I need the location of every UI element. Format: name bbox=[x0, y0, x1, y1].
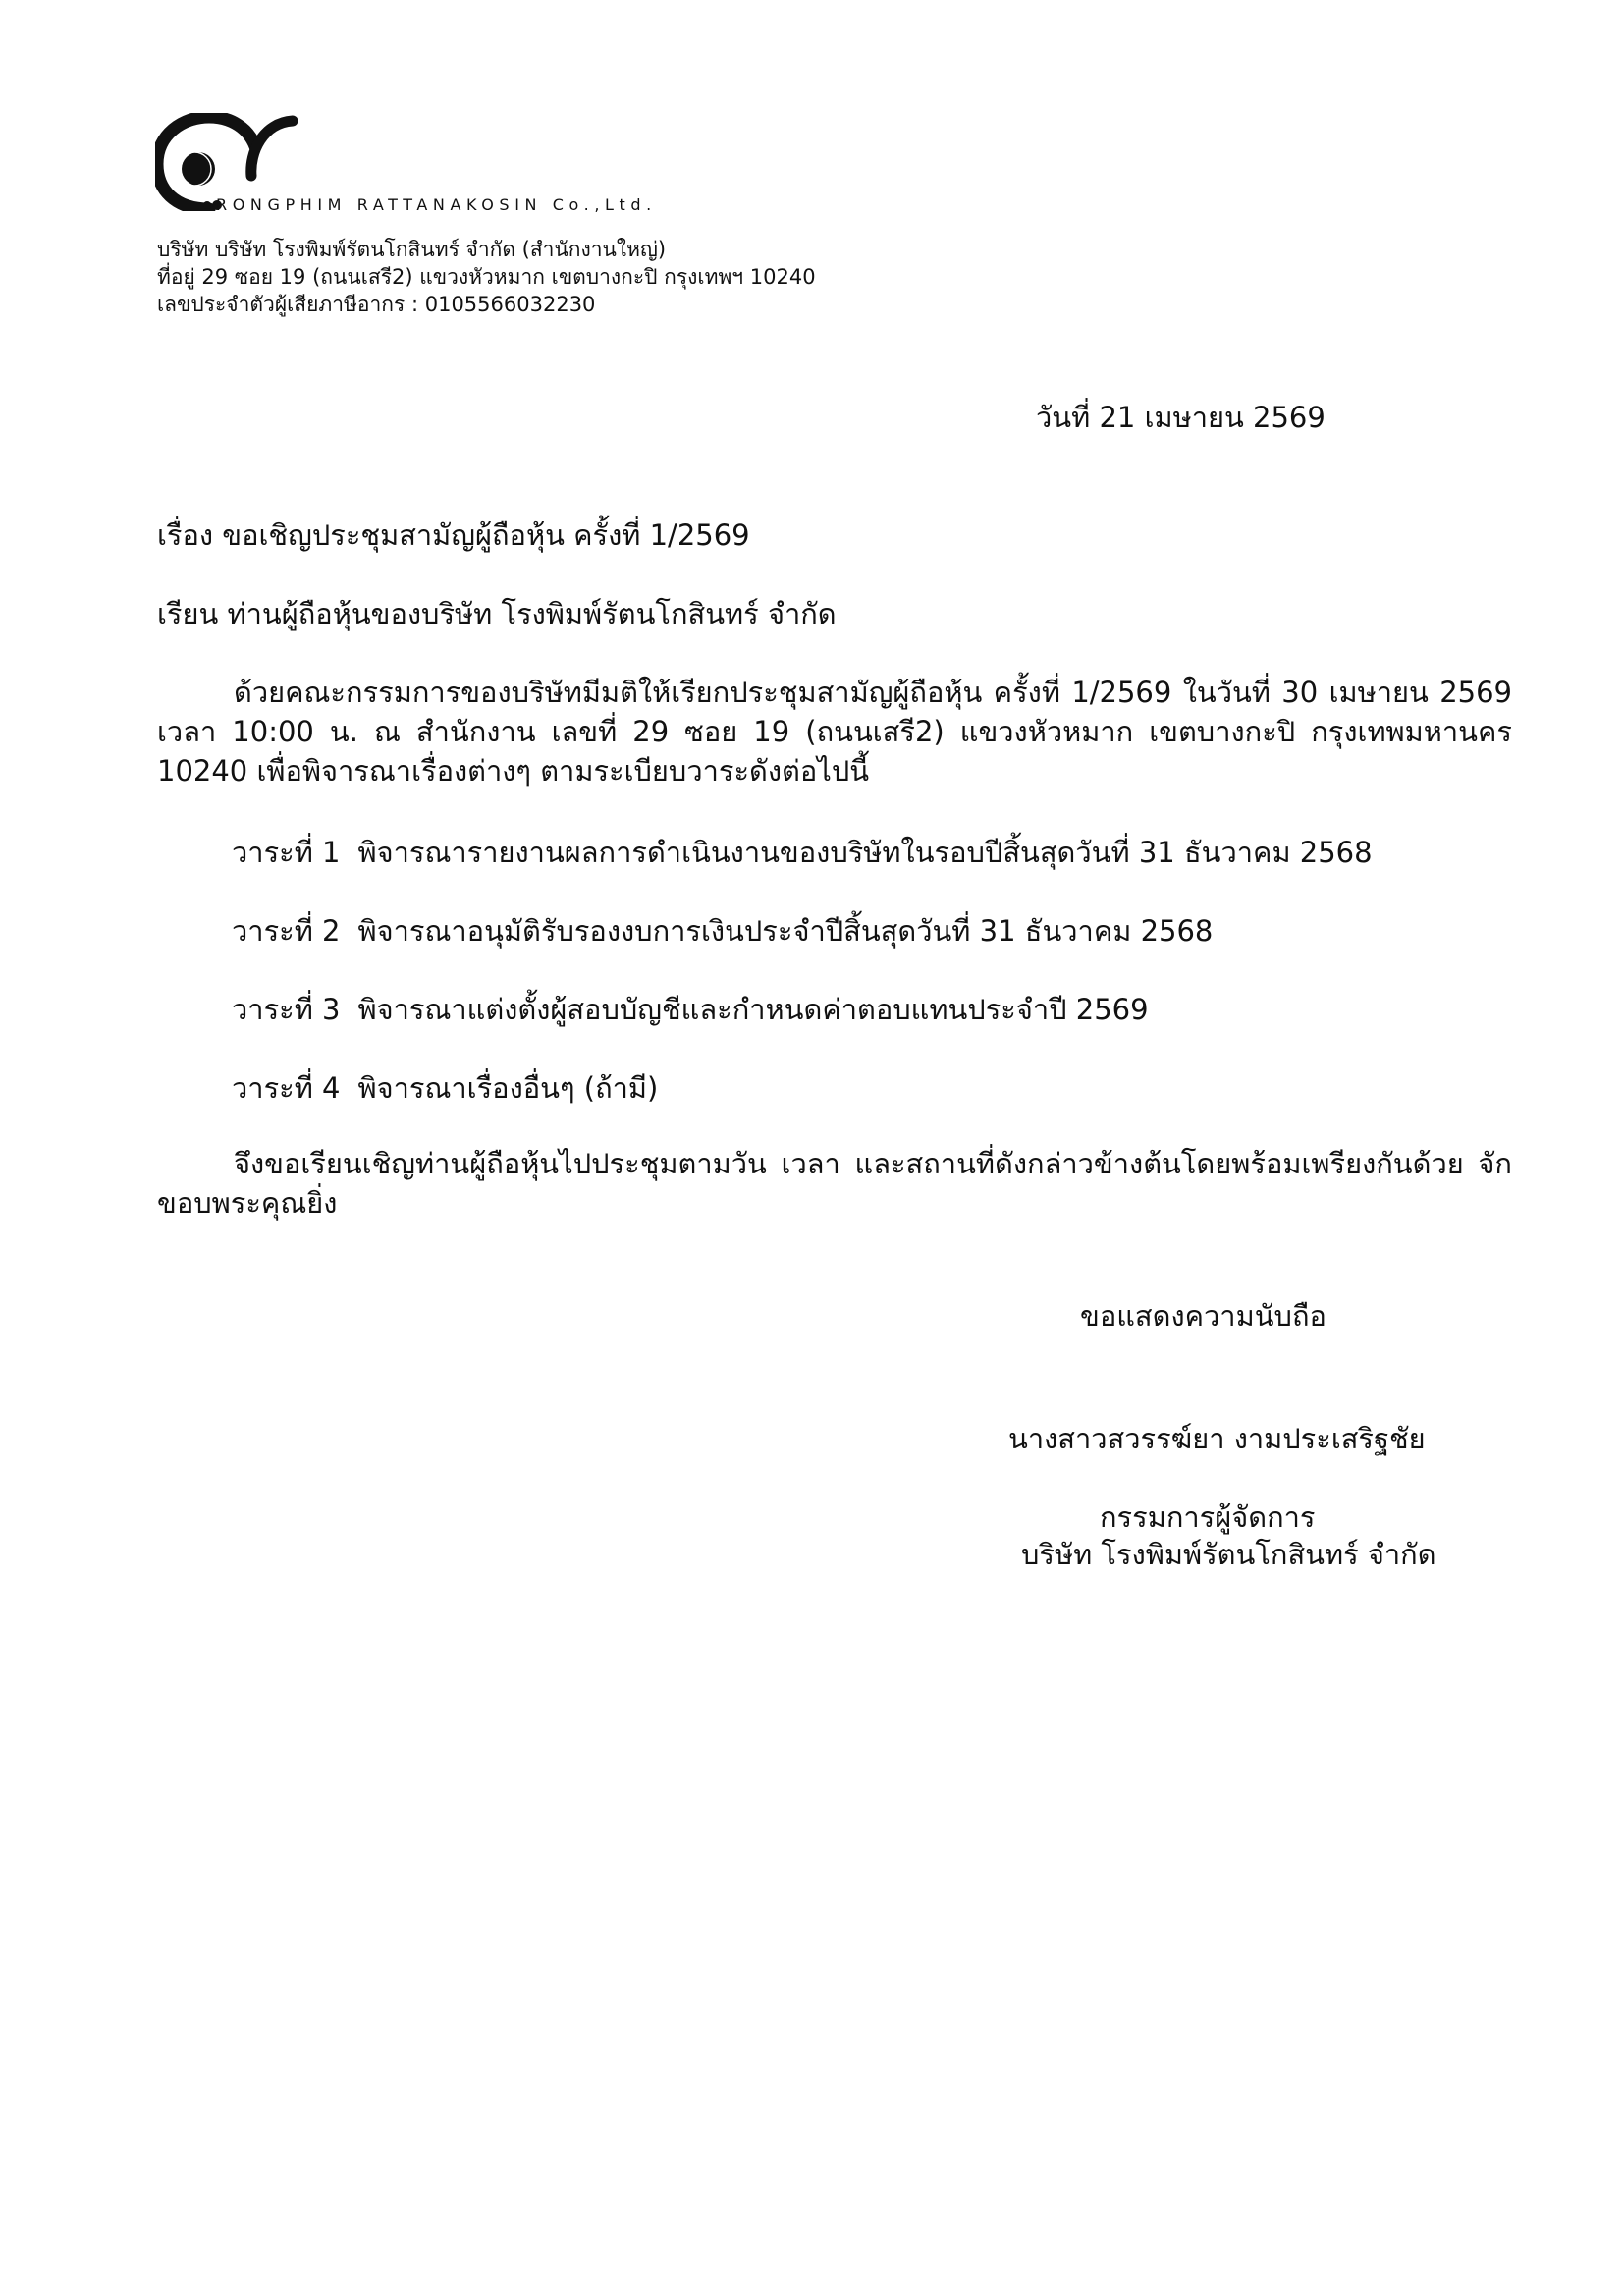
agenda-item: วาระที่ 4พิจารณาเรื่องอื่นๆ (ถ้ามี) bbox=[232, 1065, 658, 1111]
agenda-label: วาระที่ 2 bbox=[232, 908, 341, 953]
agenda-label: วาระที่ 4 bbox=[232, 1065, 341, 1111]
letter-salutation: เรียน ท่านผู้ถือหุ้นของบริษัท โรงพิมพ์รั… bbox=[157, 594, 837, 633]
agenda-label: วาระที่ 3 bbox=[232, 987, 341, 1032]
agenda-text: พิจารณาแต่งตั้งผู้สอบบัญชีและกำหนดค่าตอบ… bbox=[358, 993, 1149, 1026]
logo-wordmark: RONGPHIM RATTANAKOSIN Co.,Ltd. bbox=[216, 195, 657, 214]
signatory-name: นางสาวสวรรฆ์ยา งามประเสริฐชัย bbox=[1008, 1419, 1426, 1458]
agenda-label: วาระที่ 1 bbox=[232, 830, 341, 875]
company-address-line: ที่อยู่ 29 ซอย 19 (ถนนเสรี2) แขวงหัวหมาก… bbox=[157, 263, 816, 291]
agenda-text: พิจารณาเรื่องอื่นๆ (ถ้ามี) bbox=[358, 1071, 659, 1105]
agenda-text: พิจารณารายงานผลการดำเนินงานของบริษัทในรอ… bbox=[358, 836, 1373, 869]
signature-regards: ขอแสดงความนับถือ bbox=[1080, 1296, 1326, 1335]
company-logo: RONGPHIM RATTANAKOSIN Co.,Ltd. bbox=[155, 113, 705, 211]
agenda-text: พิจารณาอนุมัติรับรองงบการเงินประจำปีสิ้น… bbox=[358, 914, 1214, 948]
intro-paragraph: ด้วยคณะกรรมการของบริษัทมีมติให้เรียกประช… bbox=[157, 673, 1512, 790]
agenda-item: วาระที่ 2พิจารณาอนุมัติรับรองงบการเงินปร… bbox=[232, 908, 1213, 953]
company-name-line: บริษัท บริษัท โรงพิมพ์รัตนโกสินทร์ จำกัด… bbox=[157, 236, 666, 263]
closing-paragraph: จึงขอเรียนเชิญท่านผู้ถือหุ้นไปประชุมตามว… bbox=[157, 1144, 1512, 1223]
letter-date: วันที่ 21 เมษายน 2569 bbox=[1036, 398, 1326, 437]
agenda-item: วาระที่ 3พิจารณาแต่งตั้งผู้สอบบัญชีและกำ… bbox=[232, 987, 1149, 1032]
signatory-company: บริษัท โรงพิมพ์รัตนโกสินทร์ จำกัด bbox=[1021, 1535, 1436, 1574]
agenda-item: วาระที่ 1พิจารณารายงานผลการดำเนินงานของบ… bbox=[232, 830, 1373, 875]
letter-subject: เรื่อง ขอเชิญประชุมสามัญผู้ถือหุ้น ครั้ง… bbox=[157, 516, 750, 555]
tax-id-line: เลขประจำตัวผู้เสียภาษีอากร : 01055660322… bbox=[157, 291, 595, 318]
signatory-title: กรรมการผู้จัดการ bbox=[1100, 1497, 1315, 1537]
